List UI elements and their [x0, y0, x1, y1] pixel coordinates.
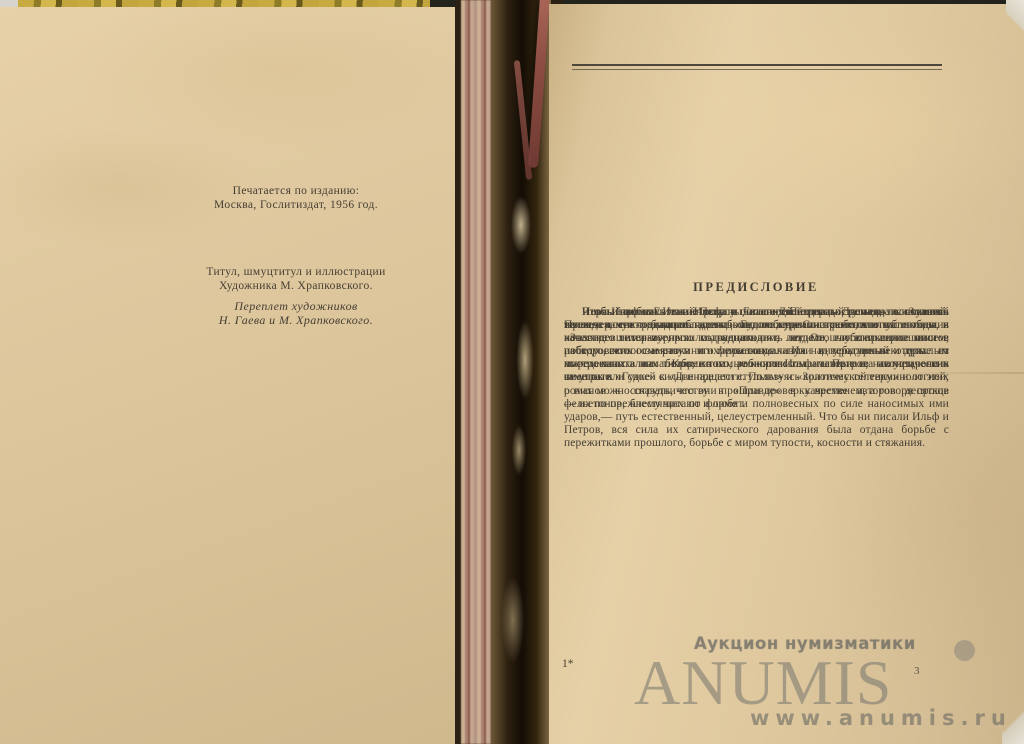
page-corner-fold-top — [1006, 0, 1024, 40]
preface-heading: ПРЕДИСЛОВИЕ — [564, 280, 948, 295]
binding-line-2: Н. Гаева и М. Храпковского. — [118, 313, 474, 327]
book-photo: Печатается по изданию: Москва, Гослитизд… — [0, 0, 1024, 744]
credits-line-2: Художника М. Храпковского. — [118, 280, 474, 294]
left-page — [0, 7, 512, 744]
binding-line-1: Переплет художников — [118, 299, 474, 313]
imprint-line-2: Москва, Гослитиздат, 1956 год. — [128, 198, 464, 212]
header-rule-thin — [572, 69, 942, 70]
page-number: 3 — [914, 665, 920, 677]
illustration-credits: Титул, шмуцтитул и иллюстрации Художника… — [118, 266, 474, 293]
page-corner-fold-bottom — [1002, 700, 1024, 744]
header-rule-thick — [572, 64, 942, 66]
preface-paragraph: Чтобы написать такие романы, как «Двенад… — [564, 306, 949, 332]
signature-mark: 1* — [562, 658, 574, 670]
binding-credits: Переплет художников Н. Гаева и М. Храпко… — [118, 299, 474, 327]
imprint-block: Печатается по изданию: Москва, Гослитизд… — [128, 184, 464, 212]
imprint-line-1: Печатается по изданию: — [128, 184, 464, 198]
credits-line-1: Титул, шмуцтитул и иллюстрации — [118, 266, 474, 280]
spine-torn-cloth — [461, 0, 491, 744]
